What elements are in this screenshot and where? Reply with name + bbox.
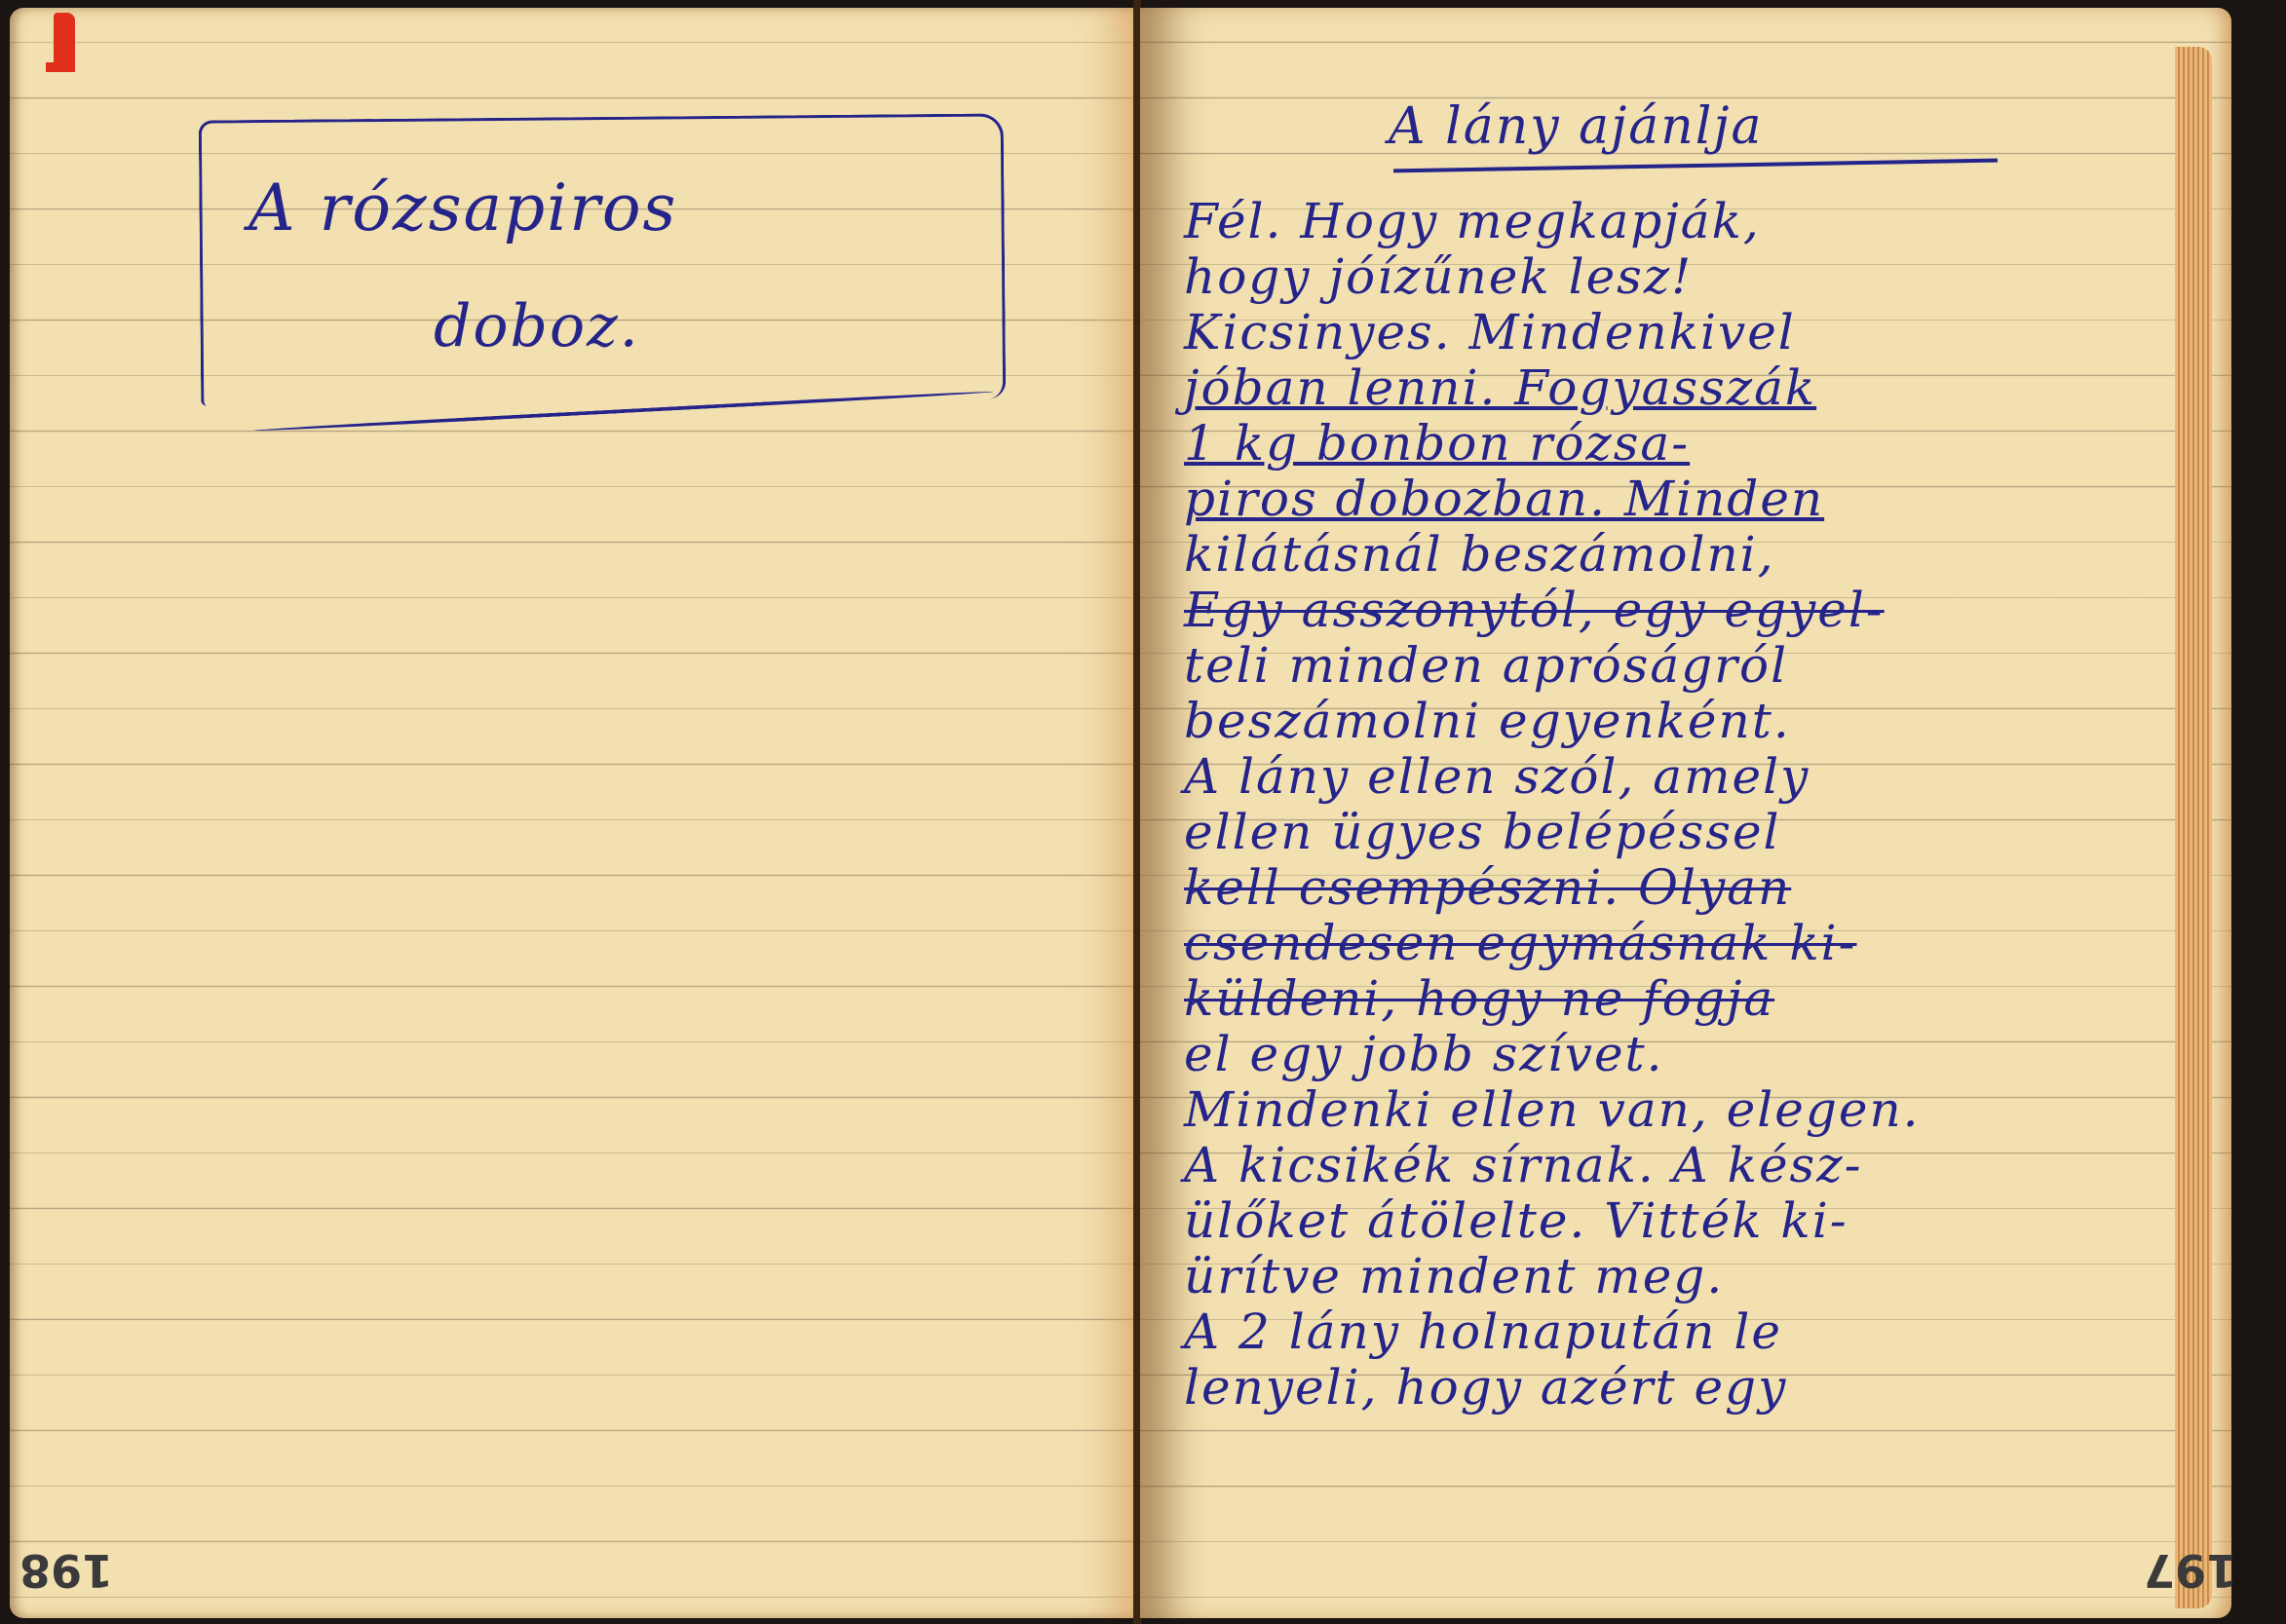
handwritten-line: teli minden apróságról (1184, 637, 1788, 694)
handwritten-line: Kicsinyes. Mindenkivel (1184, 304, 1796, 360)
handwritten-line: Mindenki ellen van, elegen. (1184, 1081, 1921, 1138)
handwritten-line: ülőket átölelte. Vitték ki- (1184, 1192, 1848, 1249)
handwritten-line: A lány ellen szól, amely (1184, 748, 1810, 805)
page-number-right: 197 (2144, 1544, 2237, 1597)
page-edges (2175, 47, 2212, 1608)
handwritten-line: el egy jobb szívet. (1184, 1026, 1664, 1082)
handwritten-line: jóban lenni. Fogyasszák (1184, 359, 1816, 416)
handwritten-line: piros dobozban. Minden (1184, 471, 1824, 527)
right-page-heading: A lány ajánlja (1389, 97, 1763, 156)
handwritten-line: A 2 lány holnapután le (1184, 1303, 1782, 1360)
handwritten-line: ellen ügyes belépéssel (1184, 804, 1781, 860)
handwritten-line: kilátásnál beszámolni, (1184, 526, 1775, 583)
handwritten-line: Fél. Hogy megkapják, (1184, 193, 1761, 249)
handwritten-line: kell csempészni. Olyan (1184, 859, 1791, 916)
handwritten-line: csendesen egymásnak ki- (1184, 915, 1857, 971)
page-number-left: 198 (19, 1544, 113, 1597)
title-box-outline (199, 113, 1007, 405)
handwritten-line: ürítve mindent meg. (1184, 1248, 1724, 1304)
left-title-line-1: A rózsapiros (248, 170, 677, 245)
left-title-line-2: doboz. (434, 292, 640, 360)
handwritten-line: hogy jóízűnek lesz! (1184, 248, 1693, 305)
handwritten-line: küldeni, hogy ne fogja (1184, 970, 1774, 1027)
handwritten-line: A kicsikék sírnak. A kész- (1184, 1137, 1862, 1193)
handwritten-line: lenyeli, hogy azért egy (1184, 1359, 1787, 1416)
handwritten-line: beszámolni egyenként. (1184, 693, 1791, 749)
handwritten-line: Egy asszonytól, egy egyel- (1184, 582, 1885, 638)
red-corner-mark (54, 13, 75, 66)
handwritten-line: 1 kg bonbon rózsa- (1184, 415, 1690, 472)
